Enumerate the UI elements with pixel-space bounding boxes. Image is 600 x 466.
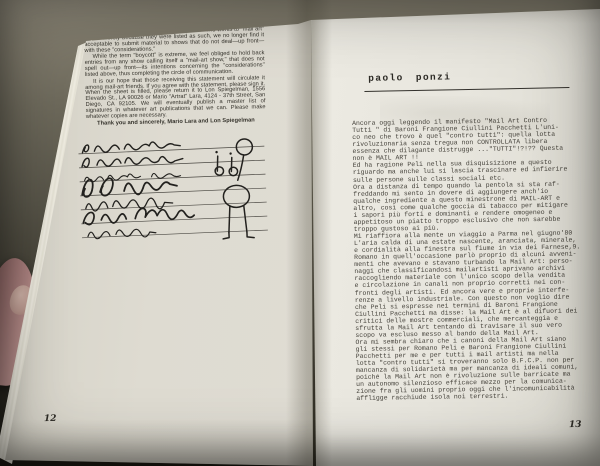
signature-3 xyxy=(84,172,180,182)
book-photo: Whereas in the past, we mail artists wou… xyxy=(0,0,600,466)
statement-closing-line: Thank you and sincerely, Mario Lara and … xyxy=(86,118,266,128)
signature-7 xyxy=(88,228,156,239)
signature-rules xyxy=(79,146,268,238)
statement-paragraph-2: While the term "boycott" is extreme, we … xyxy=(85,52,265,79)
signature-5 xyxy=(85,197,172,212)
author-name: paolo ponzi xyxy=(368,71,451,84)
page-number-right: 13 xyxy=(569,420,582,430)
boycott-statement: Whereas in the past, we mail artists wou… xyxy=(84,27,266,129)
author-heading: paolo ponzi xyxy=(364,64,569,92)
statement-paragraph-3: It is our hope that those receiving this… xyxy=(85,76,266,121)
page-number-left: 12 xyxy=(44,414,57,424)
essay-body-text: Ancora oggi leggendo il manifesto "Mail … xyxy=(352,116,584,402)
signatures-panel xyxy=(76,134,273,254)
signature-scrawls xyxy=(80,140,195,239)
